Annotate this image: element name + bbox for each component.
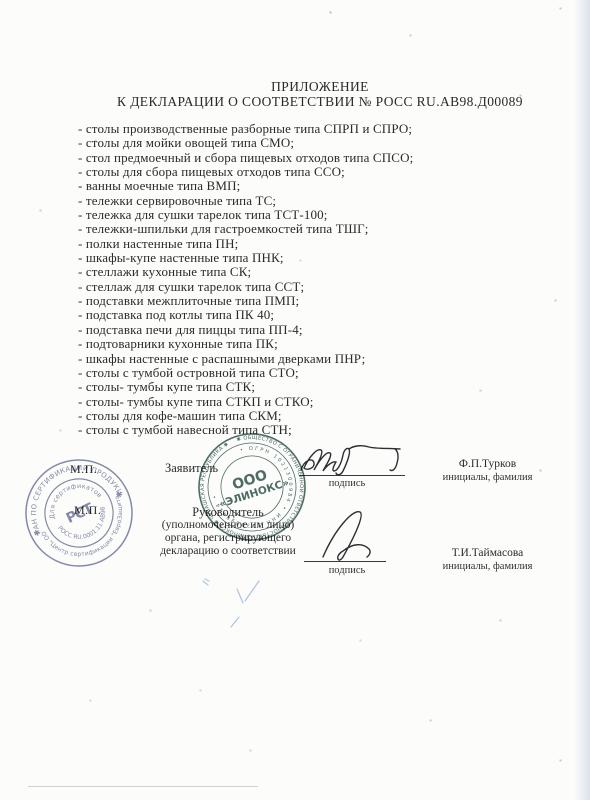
applicant-signature-caption: подпись bbox=[303, 478, 391, 489]
list-item: - тележки-шпильки для гастроемкостей тип… bbox=[78, 222, 538, 236]
appendix-header: ПРИЛОЖЕНИЕ К ДЕКЛАРАЦИИ О СООТВЕТСТВИИ №… bbox=[100, 80, 540, 109]
scan-crease bbox=[28, 786, 258, 787]
applicant-name-caption: инициалы, фамилия bbox=[420, 472, 555, 483]
list-item: - подставка под котлы типа ПК 40; bbox=[78, 308, 538, 322]
list-item: - стол предмоечный и сбора пищевых отход… bbox=[78, 151, 538, 165]
registrar-name: Т.И.Таймасова bbox=[420, 547, 555, 559]
product-list: - столы производственные разборные типа … bbox=[78, 122, 538, 438]
appendix-title: ПРИЛОЖЕНИЕ bbox=[100, 80, 540, 95]
list-item: - столы с тумбой островной типа СТО; bbox=[78, 366, 538, 380]
certification-stamp: ОРГАН ПО СЕРТИФИКАЦИИ ПРОДУКЦИИ ООО "Цен… bbox=[14, 448, 144, 578]
list-item: - шкафы-купе настенные типа ПНК; bbox=[78, 251, 538, 265]
company-stamp: ✱ ОБЩЕСТВО С ОГРАНИЧЕННОЙ ОТВЕТСТВЕННОСТ… bbox=[192, 427, 312, 547]
scan-edge-shadow bbox=[574, 0, 590, 800]
rst-logo-icon: РСТ bbox=[64, 500, 97, 527]
declaration-number-line: К ДЕКЛАРАЦИИ О СООТВЕТСТВИИ № РОСС RU.АВ… bbox=[100, 95, 540, 110]
registrar-signature-caption: подпись bbox=[303, 565, 391, 576]
list-item: - ванны моечные типа ВМП; bbox=[78, 179, 538, 193]
list-item: - шкафы настенные с распашными дверками … bbox=[78, 352, 538, 366]
list-item: - столы производственные разборные типа … bbox=[78, 122, 538, 136]
applicant-name: Ф.П.Турков bbox=[420, 458, 555, 470]
list-item: - столы для кофе-машин типа СКМ; bbox=[78, 409, 538, 423]
registrar-name-caption: инициалы, фамилия bbox=[420, 561, 555, 572]
list-item: - тележка для сушки тарелок типа ТСТ-100… bbox=[78, 208, 538, 222]
list-item: - столы- тумбы купе типа СТКП и СТКО; bbox=[78, 395, 538, 409]
list-item: - подтоварники кухонные типа ПК; bbox=[78, 337, 538, 351]
list-item: - столы для мойки овощей типа СМО; bbox=[78, 136, 538, 150]
list-item: - полки настенные типа ПН; bbox=[78, 237, 538, 251]
list-item: - подставки межплиточные типа ПМП; bbox=[78, 294, 538, 308]
list-item: - столы для сбора пищевых отходов типа С… bbox=[78, 165, 538, 179]
list-item: - тележки сервировочные типа ТС; bbox=[78, 194, 538, 208]
list-item: - стеллаж для сушки тарелок типа ССТ; bbox=[78, 280, 538, 294]
list-item: - столы- тумбы купе типа СТК; bbox=[78, 380, 538, 394]
scan-noise bbox=[0, 0, 1, 1]
scanned-document-page: ПРИЛОЖЕНИЕ К ДЕКЛАРАЦИИ О СООТВЕТСТВИИ №… bbox=[0, 0, 590, 800]
pen-marks bbox=[185, 575, 285, 640]
applicant-signature bbox=[297, 443, 405, 477]
registrar-signature bbox=[315, 505, 390, 563]
list-item: - стеллажи кухонные типа СК; bbox=[78, 265, 538, 279]
list-item: - подставка печи для пиццы типа ПП-4; bbox=[78, 323, 538, 337]
